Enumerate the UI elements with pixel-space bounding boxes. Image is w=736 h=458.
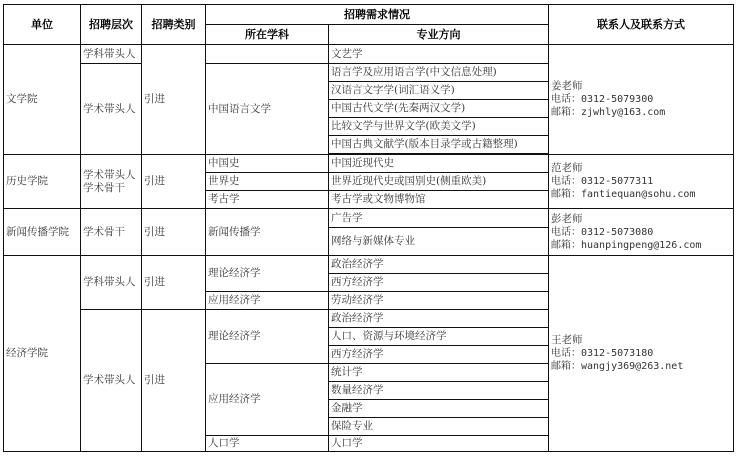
contact-name: 王老师 bbox=[551, 334, 731, 347]
specialty-cell: 中国古典文献学(版本目录学或古籍整理) bbox=[329, 136, 549, 154]
specialty-cell: 人口、资源与环境经济学 bbox=[329, 328, 549, 346]
contact-phone: 电话：0312-5073180 bbox=[551, 347, 731, 360]
specialty-cell: 语言学及应用语言学(中文信息处理) bbox=[329, 64, 549, 82]
specialty-cell: 中国古代文学(先秦两汉文学) bbox=[329, 100, 549, 118]
contact-email: 邮箱：huanpingpeng@126.com bbox=[551, 239, 731, 252]
discipline-cell: 世界史 bbox=[206, 173, 329, 191]
discipline-cell: 中国语言文学 bbox=[206, 64, 329, 155]
level-line: 学术骨干 bbox=[83, 182, 139, 195]
header-demand-group: 招聘需求情况 bbox=[206, 5, 549, 25]
specialty-cell: 西方经济学 bbox=[329, 346, 549, 364]
category-cell: 引进 bbox=[142, 310, 206, 452]
level-cell: 学科带头人 bbox=[81, 45, 142, 64]
contact-name: 范老师 bbox=[551, 162, 731, 175]
category-cell: 引进 bbox=[142, 45, 206, 155]
discipline-cell: 应用经济学 bbox=[206, 364, 329, 436]
table-row: 经济学院 学科带头人 引进 理论经济学 政治经济学 王老师 电话：0312-50… bbox=[4, 256, 734, 274]
contact-email: 邮箱：zjwhly@163.com bbox=[551, 106, 731, 119]
recruitment-table: 单位 招聘层次 招聘类别 招聘需求情况 联系人及联系方式 所在学科 专业方向 文… bbox=[3, 4, 734, 452]
table-row: 新闻传播学院 学术骨干 引进 新闻传播学 广告学 彭老师 电话：0312-507… bbox=[4, 209, 734, 228]
specialty-cell: 保险专业 bbox=[329, 418, 549, 436]
category-cell: 引进 bbox=[142, 256, 206, 310]
header-unit: 单位 bbox=[4, 5, 81, 45]
specialty-cell: 汉语言文字学(词汇语义学) bbox=[329, 82, 549, 100]
level-cell: 学科带头人 bbox=[81, 256, 142, 310]
contact-phone: 电话：0312-5073080 bbox=[551, 226, 731, 239]
contact-cell: 范老师 电话：0312-5077311 邮箱：fantiequan@sohu.c… bbox=[549, 155, 734, 209]
level-line: 学术带头人 bbox=[83, 169, 139, 182]
specialty-cell: 广告学 bbox=[329, 209, 549, 228]
contact-phone: 电话：0312-5077311 bbox=[551, 175, 731, 188]
category-cell: 引进 bbox=[142, 209, 206, 256]
discipline-cell: 考古学 bbox=[206, 191, 329, 209]
level-cell: 学术带头人 bbox=[81, 310, 142, 452]
discipline-cell bbox=[206, 45, 329, 64]
unit-cell: 历史学院 bbox=[4, 155, 81, 209]
discipline-cell: 理论经济学 bbox=[206, 256, 329, 292]
contact-cell: 姜老师 电话：0312-5079300 邮箱：zjwhly@163.com bbox=[549, 45, 734, 155]
specialty-cell: 金融学 bbox=[329, 400, 549, 418]
discipline-cell: 人口学 bbox=[206, 436, 329, 452]
discipline-cell: 新闻传播学 bbox=[206, 209, 329, 256]
contact-phone: 电话：0312-5079300 bbox=[551, 93, 731, 106]
contact-email: 邮箱：wangjy369@263.net bbox=[551, 360, 731, 373]
contact-cell: 彭老师 电话：0312-5073080 邮箱：huanpingpeng@126.… bbox=[549, 209, 734, 256]
contact-name: 姜老师 bbox=[551, 80, 731, 93]
unit-cell: 新闻传播学院 bbox=[4, 209, 81, 256]
header-category: 招聘类别 bbox=[142, 5, 206, 45]
unit-cell: 经济学院 bbox=[4, 256, 81, 452]
specialty-cell: 比较文学与世界文学(欧美文学) bbox=[329, 118, 549, 136]
level-cell: 学术带头人 bbox=[81, 64, 142, 155]
specialty-cell: 数量经济学 bbox=[329, 382, 549, 400]
table-row: 文学院 学科带头人 引进 文艺学 姜老师 电话：0312-5079300 邮箱：… bbox=[4, 45, 734, 64]
level-cell: 学术骨干 bbox=[81, 209, 142, 256]
specialty-cell: 网络与新媒体专业 bbox=[329, 228, 549, 256]
discipline-cell: 中国史 bbox=[206, 155, 329, 173]
discipline-cell: 理论经济学 bbox=[206, 310, 329, 364]
header-contact: 联系人及联系方式 bbox=[549, 5, 734, 45]
category-cell: 引进 bbox=[142, 155, 206, 209]
contact-email: 邮箱：fantiequan@sohu.com bbox=[551, 188, 731, 201]
specialty-cell: 统计学 bbox=[329, 364, 549, 382]
specialty-cell: 西方经济学 bbox=[329, 274, 549, 292]
discipline-cell: 应用经济学 bbox=[206, 292, 329, 310]
unit-cell: 文学院 bbox=[4, 45, 81, 155]
specialty-cell: 中国近现代史 bbox=[329, 155, 549, 173]
specialty-cell: 文艺学 bbox=[329, 45, 549, 64]
header-level: 招聘层次 bbox=[81, 5, 142, 45]
specialty-cell: 政治经济学 bbox=[329, 256, 549, 274]
specialty-cell: 劳动经济学 bbox=[329, 292, 549, 310]
contact-name: 彭老师 bbox=[551, 213, 731, 226]
specialty-cell: 政治经济学 bbox=[329, 310, 549, 328]
table-row: 历史学院 学术带头人 学术骨干 引进 中国史 中国近现代史 范老师 电话：031… bbox=[4, 155, 734, 173]
level-cell: 学术带头人 学术骨干 bbox=[81, 155, 142, 209]
contact-cell: 王老师 电话：0312-5073180 邮箱：wangjy369@263.net bbox=[549, 256, 734, 452]
header-discipline: 所在学科 bbox=[206, 25, 329, 45]
specialty-cell: 人口学 bbox=[329, 436, 549, 452]
specialty-cell: 考古学或文物博物馆 bbox=[329, 191, 549, 209]
header-specialty: 专业方向 bbox=[329, 25, 549, 45]
specialty-cell: 世界近现代史或国别史(侧重欧美) bbox=[329, 173, 549, 191]
